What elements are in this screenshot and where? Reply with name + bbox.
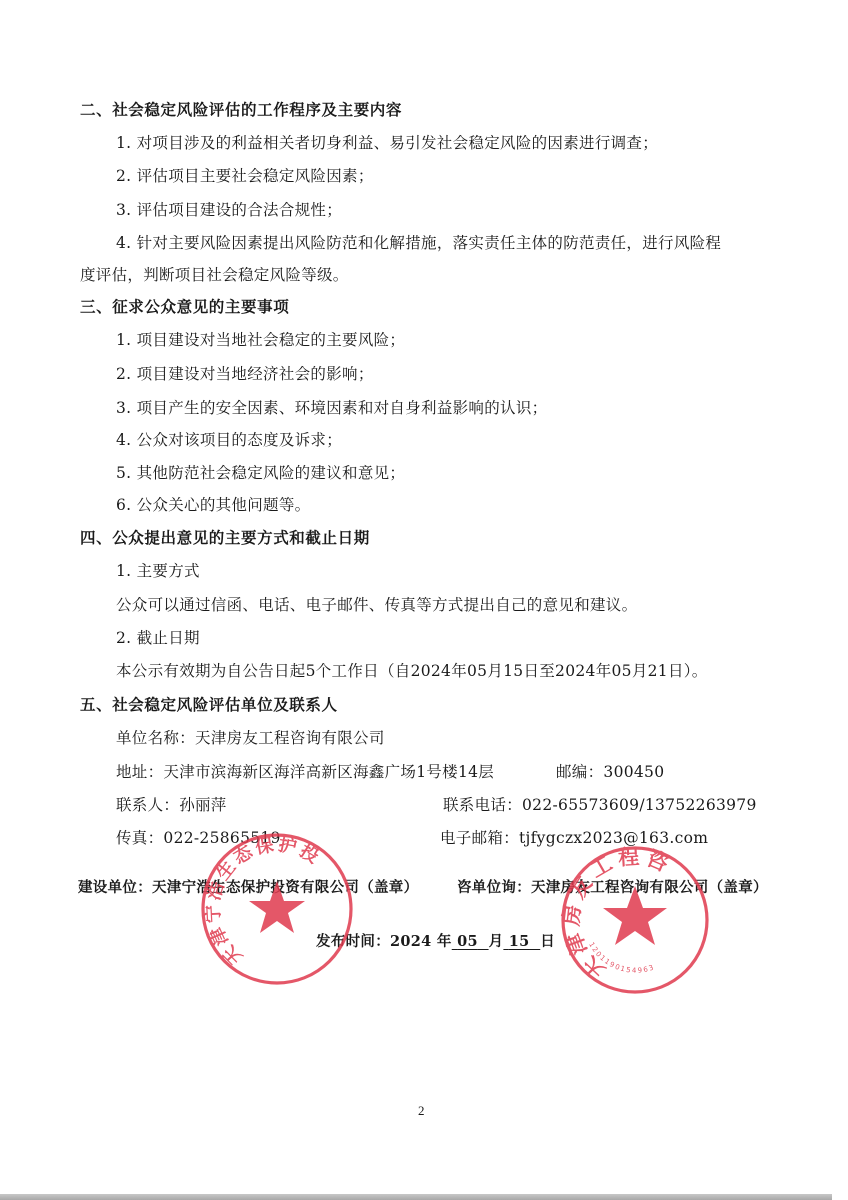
publish-month: 05 — [452, 933, 489, 950]
deadline-description: 本公示有效期为自公告日起5个工作日（自2024年05月15日至2024年05月2… — [116, 661, 708, 681]
section-heading-2: 二、社会稳定风险评估的工作程序及主要内容 — [80, 100, 402, 120]
fax-value: 022-25865519 — [163, 829, 280, 847]
postcode-label: 邮编： — [556, 763, 603, 781]
list-item: 4. 针对主要风险因素提出风险防范和化解措施，落实责任主体的防范责任，进行风险程 — [116, 233, 721, 253]
list-item: 6. 公众关心的其他问题等。 — [116, 495, 310, 515]
list-item: 2. 项目建设对当地经济社会的影响； — [116, 364, 374, 384]
postcode-row: 邮编：300450 — [556, 762, 664, 782]
builder-value: 天津宁浩生态保护投资有限公司（盖章） — [152, 879, 418, 896]
publish-day: 15 — [503, 933, 540, 950]
email-row: 电子邮箱：tjfygczx2023@163.com — [440, 828, 708, 848]
svg-text:天津宁浩生态保护投资有限公司: 天津宁浩生态保护投资有限公司 — [199, 831, 326, 986]
list-item: 2. 评估项目主要社会稳定风险因素； — [116, 166, 374, 186]
publish-day-value: 15 — [509, 933, 530, 950]
postcode-value: 300450 — [603, 763, 664, 781]
unit-name-label: 单位名称： — [116, 729, 195, 747]
publish-day-unit: 日 — [540, 933, 555, 950]
list-item: 5. 其他防范社会稳定风险的建议和意见； — [116, 463, 405, 483]
section-heading-5: 五、社会稳定风险评估单位及联系人 — [80, 695, 338, 715]
phone-row: 联系电话：022-65573609/13752263979 — [443, 795, 757, 815]
builder-signature: 建设单位：天津宁浩生态保护投资有限公司（盖章） — [78, 878, 418, 898]
list-item: 3. 评估项目建设的合法合规性； — [116, 200, 342, 220]
publish-year: 2024 — [390, 933, 432, 950]
section-heading-4: 四、公众提出意见的主要方式和截止日期 — [80, 528, 370, 548]
company-seal-consultant: 天津房友工程咨询有限公司 1201190154963 — [559, 844, 711, 996]
publish-year-unit: 年 — [437, 933, 452, 950]
publish-month-value: 05 — [457, 933, 478, 950]
page-bottom-edge — [0, 1194, 832, 1200]
subheading-deadline: 2. 截止日期 — [116, 628, 200, 648]
contact-person-row: 联系人：孙丽萍 — [116, 795, 227, 815]
unit-name-row: 单位名称：天津房友工程咨询有限公司 — [116, 728, 385, 748]
consultant-label: 咨单位询： — [457, 879, 531, 896]
unit-name-value: 天津房友工程咨询有限公司 — [195, 729, 385, 747]
list-item: 3. 项目产生的安全因素、环境因素和对自身利益影响的认识； — [116, 398, 547, 418]
subheading-method: 1. 主要方式 — [116, 561, 200, 581]
phone-value: 022-65573609/13752263979 — [522, 796, 757, 814]
method-description: 公众可以通过信函、电话、电子邮件、传真等方式提出自己的意见和建议。 — [116, 595, 637, 615]
list-item: 1. 对项目涉及的利益相关者切身利益、易引发社会稳定风险的因素进行调查； — [116, 133, 658, 153]
list-item: 4. 公众对该项目的态度及诉求； — [116, 430, 342, 450]
publish-label: 发布时间： — [316, 933, 390, 950]
email-value: tjfygczx2023@163.com — [519, 829, 708, 847]
builder-label: 建设单位： — [78, 879, 152, 896]
address-label: 地址： — [116, 763, 163, 781]
svg-text:天津房友工程咨询有限公司: 天津房友工程咨询有限公司 — [559, 844, 679, 996]
fax-row: 传真：022-25865519 — [116, 828, 281, 848]
company-seal-builder: 天津宁浩生态保护投资有限公司 — [199, 831, 355, 987]
address-value: 天津市滨海新区海洋高新区海鑫广场1号楼14层 — [163, 763, 494, 781]
contact-person-label: 联系人： — [116, 796, 179, 814]
consultant-signature: 咨单位询：天津房友工程咨询有限公司（盖章） — [457, 878, 768, 898]
address-row: 地址：天津市滨海新区海洋高新区海鑫广场1号楼14层 — [116, 762, 494, 782]
section-heading-3: 三、征求公众意见的主要事项 — [80, 297, 289, 317]
publish-month-unit: 月 — [489, 933, 504, 950]
page-number: 2 — [418, 1103, 425, 1119]
fax-label: 传真： — [116, 829, 163, 847]
document-page: 二、社会稳定风险评估的工作程序及主要内容 1. 对项目涉及的利益相关者切身利益、… — [0, 0, 848, 1200]
email-label: 电子邮箱： — [440, 829, 519, 847]
publish-date: 发布时间：2024 年 05 月 15 日 — [316, 932, 555, 952]
phone-label: 联系电话： — [443, 796, 522, 814]
list-item: 1. 项目建设对当地社会稳定的主要风险； — [116, 330, 405, 350]
consultant-value: 天津房友工程咨询有限公司（盖章） — [531, 879, 768, 896]
list-item-continuation: 度评估，判断项目社会稳定风险等级。 — [80, 265, 349, 285]
svg-text:1201190154963: 1201190154963 — [587, 941, 656, 975]
contact-person-value: 孙丽萍 — [179, 796, 226, 814]
